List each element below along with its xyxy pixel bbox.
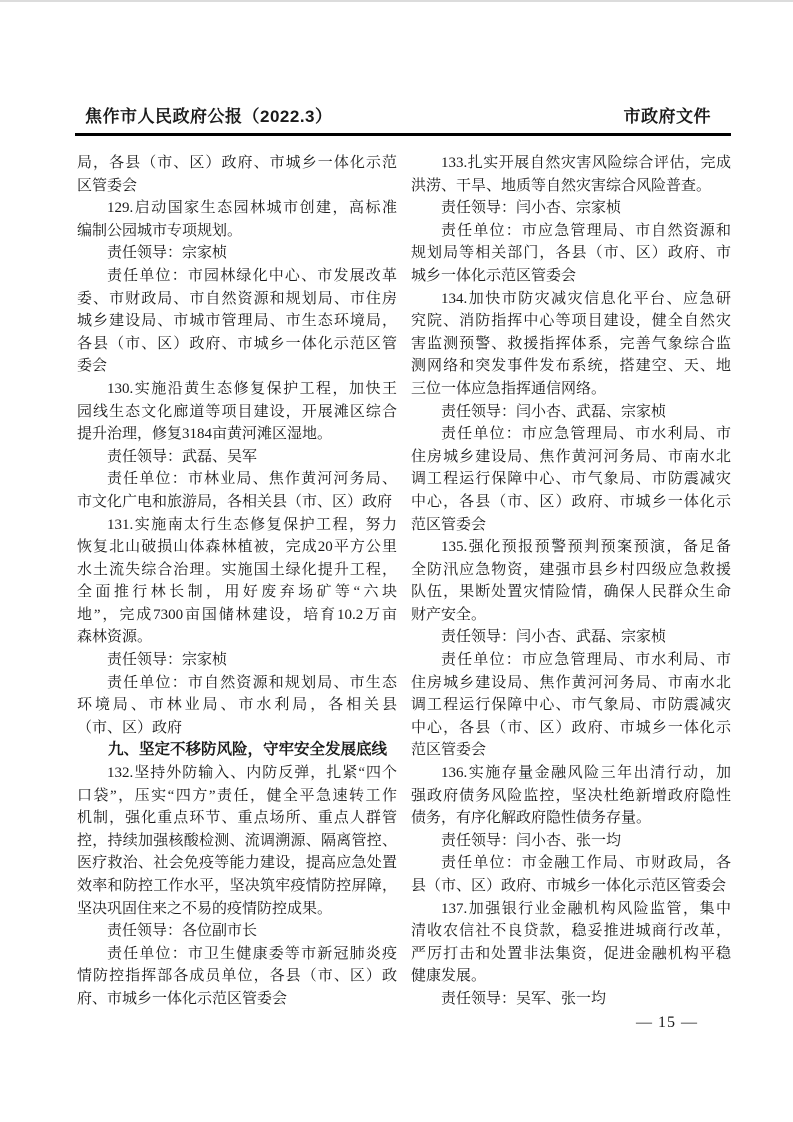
text-line: 责任领导：各位副市长 [77, 920, 397, 943]
text-line: 园线生态文化廊道等项目建设，开展滩区综合 [77, 401, 397, 424]
text-line: 责任领导：吴军、张一均 [411, 988, 731, 1011]
text-line: 城乡建设局、市城市管理局、市生态环境局， [77, 310, 397, 333]
text-line: 责任领导：宗家桢 [77, 242, 397, 265]
text-line: 责任领导：武磊、吴军 [77, 446, 397, 469]
text-line: 洪涝、干旱、地质等自然灾害综合风险普查。 [411, 175, 731, 198]
gazette-page: { "header": { "left": "焦作市人民政府公报（2022.3）… [0, 0, 793, 1122]
section-heading-line: 九、坚定不移防风险，守牢安全发展底线 [77, 739, 397, 762]
text-line: 环境局、市林业局、市水利局，各相关县 [77, 694, 397, 717]
text-line: 责任单位：市应急管理局、市水利局、市 [411, 423, 731, 446]
text-line: 责任单位：市园林绿化中心、市发展改革 [77, 265, 397, 288]
text-line: 130.实施沿黄生态修复保护工程，加快王 [77, 378, 397, 401]
text-line: 清收农信社不良贷款，稳妥推进城商行改革， [411, 920, 731, 943]
text-line: 坚决巩固住来之不易的疫情防控成果。 [77, 898, 397, 921]
text-line: 恢复北山破损山体森林植被，完成20平方公里 [77, 536, 397, 559]
text-line: 债务，有序化解政府隐性债务存量。 [411, 807, 731, 830]
text-line: 严厉打击和处置非法集资，促进金融机构平稳 [411, 943, 731, 966]
document-body: 局，各县（市、区）政府、市城乡一体化示范区管委会129.启动国家生态园林城市创建… [77, 152, 731, 1011]
text-line: 全面推行林长制，用好废弃场矿等“六块 [77, 581, 397, 604]
text-line: 队伍，果断处置灾情险情，确保人民群众生命 [411, 581, 731, 604]
text-line: 责任单位：市自然资源和规划局、市生态 [77, 672, 397, 695]
text-line: 编制公园城市专项规划。 [77, 220, 397, 243]
text-line: 机制，强化重点环节、重点场所、重点人群管 [77, 807, 397, 830]
text-line: （市、区）政府 [77, 717, 397, 740]
text-line: 范区管委会 [411, 514, 731, 537]
header-rule [75, 133, 731, 136]
text-line: 责任单位：市应急管理局、市水利局、市 [411, 649, 731, 672]
text-line: 森林资源。 [77, 626, 397, 649]
header-section-title: 市政府文件 [624, 105, 712, 129]
text-line: 财产安全。 [411, 604, 731, 627]
text-line: 范区管委会 [411, 739, 731, 762]
text-line: 区管委会 [77, 175, 397, 198]
text-line: 中心，各县（市、区）政府、市城乡一体化示 [411, 491, 731, 514]
text-line: 效率和防控工作水平，坚决筑牢疫情防控屏障， [77, 875, 397, 898]
text-line: 测网络和突发事件发布系统，搭建空、天、地 [411, 355, 731, 378]
text-line: 控，持续加强核酸检测、流调溯源、隔离管控、 [77, 830, 397, 853]
text-line: 134.加快市防灾减灾信息化平台、应急研 [411, 288, 731, 311]
text-line: 住房城乡建设局、焦作黄河河务局、市南水北 [411, 446, 731, 469]
text-line: 健康发展。 [411, 965, 731, 988]
document-page: 焦作市人民政府公报（2022.3） 市政府文件 局，各县（市、区）政府、市城乡一… [0, 0, 793, 1122]
text-line: 各县（市、区）政府、市城乡一体化示范区管 [77, 333, 397, 356]
text-line: 三位一体应急指挥通信网络。 [411, 378, 731, 401]
text-line: 口袋”，压实“四方”责任，健全平急速转工作 [77, 785, 397, 808]
text-line: 调工程运行保障中心、市气象局、市防震减灾 [411, 694, 731, 717]
text-line: 135.强化预报预警预判预案预演，备足备 [411, 536, 731, 559]
text-column-left: 局，各县（市、区）政府、市城乡一体化示范区管委会129.启动国家生态园林城市创建… [77, 152, 397, 1011]
text-line: 责任单位：市卫生健康委等市新冠肺炎疫 [77, 943, 397, 966]
text-line: 责任单位：市应急管理局、市自然资源和 [411, 220, 731, 243]
page-header: 焦作市人民政府公报（2022.3） 市政府文件 [85, 105, 711, 129]
text-line: 责任领导：闫小杏、张一均 [411, 830, 731, 853]
text-line: 129.启动国家生态园林城市创建，高标准 [77, 197, 397, 220]
text-line: 城乡一体化示范区管委会 [411, 265, 731, 288]
text-line: 委、市财政局、市自然资源和规划局、市住房 [77, 288, 397, 311]
page-number: — 15 — [622, 1014, 712, 1032]
text-line: 责任领导：闫小杏、武磊、宗家桢 [411, 626, 731, 649]
text-line: 委会 [77, 355, 397, 378]
text-line: 地”，完成7300亩国储林建设，培育10.2万亩 [77, 604, 397, 627]
text-line: 132.坚持外防输入、内防反弹，扎紧“四个 [77, 762, 397, 785]
text-line: 131.实施南太行生态修复保护工程，努力 [77, 514, 397, 537]
header-publication-title: 焦作市人民政府公报（2022.3） [85, 105, 333, 129]
text-line: 府、市城乡一体化示范区管委会 [77, 988, 397, 1011]
text-line: 责任单位：市林业局、焦作黄河河务局、 [77, 468, 397, 491]
text-line: 情防控指挥部各成员单位，各县（市、区）政 [77, 965, 397, 988]
text-line: 137.加强银行业金融机构风险监管，集中 [411, 898, 731, 921]
text-line: 责任领导：闫小杏、武磊、宗家桢 [411, 401, 731, 424]
text-column-right: 133.扎实开展自然灾害风险综合评估，完成洪涝、干旱、地质等自然灾害综合风险普查… [411, 152, 731, 1011]
text-line: 提升治理，修复3184亩黄河滩区湿地。 [77, 423, 397, 446]
text-line: 中心，各县（市、区）政府、市城乡一体化示 [411, 717, 731, 740]
text-line: 害监测预警、救援指挥体系，完善气象综合监 [411, 333, 731, 356]
text-line: 调工程运行保障中心、市气象局、市防震减灾 [411, 468, 731, 491]
text-line: 水土流失综合治理。实施国土绿化提升工程， [77, 559, 397, 582]
text-line: 局，各县（市、区）政府、市城乡一体化示范 [77, 152, 397, 175]
text-line: 136.实施存量金融风险三年出清行动，加 [411, 762, 731, 785]
text-line: 责任领导：闫小杏、宗家桢 [411, 197, 731, 220]
text-line: 责任领导：宗家桢 [77, 649, 397, 672]
text-line: 市文化广电和旅游局，各相关县（市、区）政府 [77, 491, 397, 514]
text-line: 住房城乡建设局、焦作黄河河务局、市南水北 [411, 672, 731, 695]
text-line: 133.扎实开展自然灾害风险综合评估，完成 [411, 152, 731, 175]
text-line: 规划局等相关部门，各县（市、区）政府、市 [411, 242, 731, 265]
text-line: 县（市、区）政府、市城乡一体化示范区管委会 [411, 875, 731, 898]
text-line: 究院、消防指挥中心等项目建设，健全自然灾 [411, 310, 731, 333]
text-line: 全防汛应急物资，建强市县乡村四级应急救援 [411, 559, 731, 582]
text-line: 医疗救治、社会免疫等能力建设，提高应急处置 [77, 852, 397, 875]
text-line: 责任单位：市金融工作局、市财政局，各 [411, 852, 731, 875]
text-line: 强政府债务风险监控，坚决杜绝新增政府隐性 [411, 785, 731, 808]
